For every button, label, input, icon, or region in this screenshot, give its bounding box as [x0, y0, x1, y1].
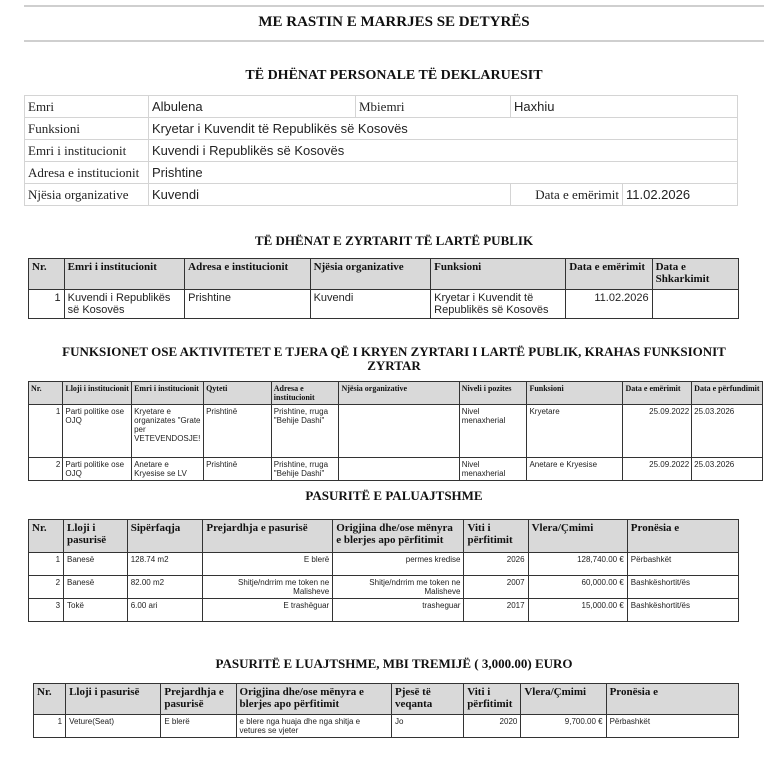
table-row: 1Banesë128.74 m2E blerëpermes kredise202…	[29, 553, 739, 576]
unit-label: Njësia organizative	[25, 184, 149, 206]
immovable-cell: Banesë	[64, 576, 128, 599]
movable-col-header: Vlera/Çmimi	[521, 684, 606, 715]
official-col-header: Data e Shkarkimit	[652, 259, 738, 290]
official-table: Nr.Emri i institucionitAdresa e instituc…	[28, 258, 739, 319]
movable-col-header: Viti i përfitimit	[464, 684, 521, 715]
activities-col-header: Lloji i institucionit	[63, 382, 132, 405]
immovable-cell: 128.74 m2	[127, 553, 203, 576]
official-col-header: Nr.	[29, 259, 65, 290]
immovable-cell: 2026	[464, 553, 528, 576]
movable-cell: 9,700.00 €	[521, 715, 606, 738]
table-row: 1Parti politike ose OJQKryetare e organi…	[29, 405, 763, 458]
immovable-cell: 2	[29, 576, 64, 599]
activities-cell: Nivel menaxherial	[459, 458, 527, 481]
activities-col-header: Funksioni	[527, 382, 623, 405]
official-cell: Kuvendi	[310, 290, 431, 319]
movable-cell: E blerë	[161, 715, 236, 738]
immovable-assets-table: Nr.Lloji i pasurisëSipërfaqjaPrejardhja …	[28, 519, 739, 622]
table-row: 1Kuvendi i Republikës së KosovësPrishtin…	[29, 290, 739, 319]
movable-cell: e blere nga huaja dhe nga shitja e vetur…	[236, 715, 391, 738]
movable-col-header: Lloji i pasurisë	[66, 684, 161, 715]
last-name-value: Haxhiu	[511, 96, 738, 118]
official-cell: 11.02.2026	[566, 290, 652, 319]
activities-cell: Anetare e Kryesise se LV	[132, 458, 204, 481]
immovable-section-title: PASURITË E PALUAJTSHME	[24, 488, 764, 504]
activities-cell	[339, 458, 459, 481]
movable-cell: Jo	[391, 715, 463, 738]
activities-cell: Prishtine, rruga "Behije Dashi"	[271, 405, 339, 458]
official-section-title: TË DHËNAT E ZYRTARIT TË LARTË PUBLIK	[24, 233, 764, 249]
official-col-header: Funksioni	[431, 259, 566, 290]
first-name-label: Emri	[25, 96, 149, 118]
table-row: 3Tokë6.00 ariE trashëguartrasheguar20171…	[29, 599, 739, 622]
movable-col-header: Origjina dhe/ose mënyra e blerjes apo pë…	[236, 684, 391, 715]
activities-cell: 2	[29, 458, 63, 481]
official-cell: 1	[29, 290, 65, 319]
activities-cell: 25.03.2026	[692, 458, 763, 481]
table-row: 2Banesë82.00 m2Shitje/ndrrim me token ne…	[29, 576, 739, 599]
immovable-cell: permes kredise	[333, 553, 464, 576]
activities-cell: Anetare e Kryesise	[527, 458, 623, 481]
function-value: Kryetar i Kuvendit të Republikës së Koso…	[149, 118, 738, 140]
immovable-cell: 3	[29, 599, 64, 622]
unit-value: Kuvendi	[149, 184, 511, 206]
activities-col-header: Data e emërimit	[623, 382, 692, 405]
official-cell: Kuvendi i Republikës së Kosovës	[64, 290, 185, 319]
movable-assets-table: Nr.Lloji i pasurisëPrejardhja e pasurisë…	[33, 683, 739, 738]
activities-cell: Prishtinë	[204, 405, 272, 458]
immovable-cell: E blerë	[203, 553, 333, 576]
activities-cell: Kryetare e organizates "Grate per VETEVE…	[132, 405, 204, 458]
table-row: 1Veture(Seat)E blerëe blere nga huaja dh…	[34, 715, 739, 738]
appointment-label: Data e emërimit	[511, 184, 623, 206]
activities-cell: Prishtinë	[204, 458, 272, 481]
immovable-col-header: Sipërfaqja	[127, 520, 203, 553]
activities-col-header: Emri i institucionit	[132, 382, 204, 405]
immovable-cell: 2017	[464, 599, 528, 622]
activities-cell: Kryetare	[527, 405, 623, 458]
immovable-cell: 60,000.00 €	[528, 576, 627, 599]
activities-col-header: Niveli i pozites	[459, 382, 527, 405]
activities-cell: Parti politike ose OJQ	[63, 405, 132, 458]
immovable-cell: Shitje/ndrrim me token ne Malisheve	[333, 576, 464, 599]
immovable-cell: 82.00 m2	[127, 576, 203, 599]
appointment-value: 11.02.2026	[623, 184, 738, 206]
movable-section-title: PASURITË E LUAJTSHME, MBI TREMIJË ( 3,00…	[24, 656, 764, 672]
activities-cell: Nivel menaxherial	[459, 405, 527, 458]
official-col-header: Adresa e institucionit	[185, 259, 310, 290]
immovable-col-header: Origjina dhe/ose mënyra e blerjes apo pë…	[333, 520, 464, 553]
immovable-cell: 15,000.00 €	[528, 599, 627, 622]
movable-cell: 2020	[464, 715, 521, 738]
immovable-cell: Bashkëshortit/ës	[627, 576, 738, 599]
activities-cell: 25.09.2022	[623, 458, 692, 481]
movable-col-header: Pronësia e	[606, 684, 738, 715]
top-rule	[24, 5, 764, 7]
movable-cell: Veture(Seat)	[66, 715, 161, 738]
official-cell: Kryetar i Kuvendit të Republikës së Koso…	[431, 290, 566, 319]
activities-col-header: Njësia organizative	[339, 382, 459, 405]
immovable-cell: Përbashkët	[627, 553, 738, 576]
immovable-cell: 6.00 ari	[127, 599, 203, 622]
title-rule	[24, 40, 764, 42]
immovable-cell: 128,740.00 €	[528, 553, 627, 576]
immovable-col-header: Vlera/Çmimi	[528, 520, 627, 553]
activities-col-header: Qyteti	[204, 382, 272, 405]
movable-cell: 1	[34, 715, 66, 738]
activities-col-header: Nr.	[29, 382, 63, 405]
immovable-cell: Banesë	[64, 553, 128, 576]
immovable-cell: Bashkëshortit/ës	[627, 599, 738, 622]
activities-cell: 25.03.2026	[692, 405, 763, 458]
immovable-cell: Tokë	[64, 599, 128, 622]
immovable-col-header: Pronësia e	[627, 520, 738, 553]
activities-cell: 25.09.2022	[623, 405, 692, 458]
activities-cell	[339, 405, 459, 458]
official-cell: Prishtine	[185, 290, 310, 319]
immovable-cell: Shitje/ndrrim me token ne Malisheve	[203, 576, 333, 599]
activities-cell: 1	[29, 405, 63, 458]
activities-cell: Prishtine, rruga "Behije Dashi"	[271, 458, 339, 481]
immovable-col-header: Viti i përfitimit	[464, 520, 528, 553]
personal-section-title: TË DHËNAT PERSONALE TË DEKLARUESIT	[24, 68, 764, 84]
activities-col-header: Data e përfundimit	[692, 382, 763, 405]
activities-section-title: FUNKSIONET OSE AKTIVITETET E TJERA QË I …	[24, 345, 764, 373]
institution-label: Emri i institucionit	[25, 140, 149, 162]
table-row: 2Parti politike ose OJQAnetare e Kryesis…	[29, 458, 763, 481]
immovable-cell: 2007	[464, 576, 528, 599]
official-col-header: Njësia organizative	[310, 259, 431, 290]
movable-cell: Përbashkët	[606, 715, 738, 738]
immovable-col-header: Lloji i pasurisë	[64, 520, 128, 553]
activities-col-header: Adresa e institucionit	[271, 382, 339, 405]
official-cell	[652, 290, 738, 319]
first-name-value: Albulena	[149, 96, 356, 118]
function-label: Funksioni	[25, 118, 149, 140]
movable-col-header: Prejardhja e pasurisë	[161, 684, 236, 715]
official-col-header: Data e emërimit	[566, 259, 652, 290]
movable-col-header: Pjesë të veqanta	[391, 684, 463, 715]
immovable-col-header: Prejardhja e pasurisë	[203, 520, 333, 553]
personal-data-table: Emri Albulena Mbiemri Haxhiu Funksioni K…	[24, 95, 738, 206]
immovable-cell: 1	[29, 553, 64, 576]
document-title: ME RASTIN E MARRJES SE DETYRËS	[24, 14, 764, 31]
address-value: Prishtine	[149, 162, 738, 184]
address-label: Adresa e institucionit	[25, 162, 149, 184]
activities-cell: Parti politike ose OJQ	[63, 458, 132, 481]
immovable-cell: E trashëguar	[203, 599, 333, 622]
institution-value: Kuvendi i Republikës së Kosovës	[149, 140, 738, 162]
immovable-col-header: Nr.	[29, 520, 64, 553]
movable-col-header: Nr.	[34, 684, 66, 715]
official-col-header: Emri i institucionit	[64, 259, 185, 290]
last-name-label: Mbiemri	[356, 96, 511, 118]
activities-table: Nr.Lloji i institucionitEmri i instituci…	[28, 381, 763, 481]
immovable-cell: trasheguar	[333, 599, 464, 622]
